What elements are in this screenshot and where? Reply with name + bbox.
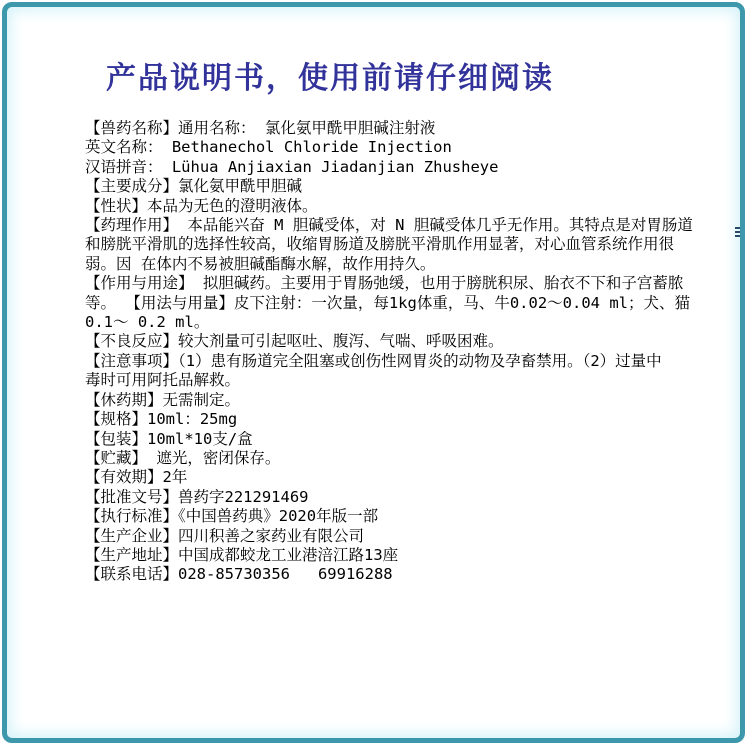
- line-pinyin-name: 汉语拼音： Lühua Anjiaxian Jiadanjian Zhushey…: [85, 158, 730, 177]
- page-title: 产品说明书，使用前请仔细阅读: [106, 53, 554, 97]
- line-pharmacology: 【药理作用】 本品能兴奋 M 胆碱受体，对 N 胆碱受体几乎无作用。其特点是对胃…: [85, 216, 730, 274]
- line-contact-phone: 【联系电话】028-85730356 69916288: [85, 565, 730, 584]
- line-withdrawal-period: 【休药期】无需制定。: [85, 391, 730, 410]
- line-storage: 【贮藏】 遮光，密闭保存。: [85, 449, 730, 468]
- line-adverse-reactions: 【不良反应】较大剂量可引起呕吐、腹泻、气喘、呼吸困难。: [85, 332, 730, 351]
- clipped-text-artifact: [735, 227, 740, 229]
- line-description: 【性状】本品为无色的澄明液体。: [85, 197, 730, 216]
- instruction-sheet: 产品说明书，使用前请仔细阅读 【兽药名称】通用名称： 氯化氨甲酰甲胆碱注射液 英…: [2, 2, 745, 743]
- line-packaging: 【包装】10ml*10支/盒: [85, 430, 730, 449]
- instruction-text-block: 【兽药名称】通用名称： 氯化氨甲酰甲胆碱注射液 英文名称： Bethanecho…: [85, 119, 730, 585]
- line-veterinary-drug-name: 【兽药名称】通用名称： 氯化氨甲酰甲胆碱注射液: [85, 119, 730, 138]
- line-english-name: 英文名称： Bethanechol Chloride Injection: [85, 138, 730, 157]
- line-validity-period: 【有效期】2年: [85, 468, 730, 487]
- line-approval-number: 【批准文号】兽药字221291469: [85, 488, 730, 507]
- line-main-ingredients: 【主要成分】氯化氨甲酰甲胆碱: [85, 177, 730, 196]
- line-execution-standard: 【执行标准】《中国兽药典》2020年版一部: [85, 507, 730, 526]
- line-indications-usage-dosage: 【作用与用途】 拟胆碱药。主要用于胃肠弛缓，也用于膀胱积尿、胎衣不下和子宫蓄脓 …: [85, 274, 730, 332]
- line-precautions: 【注意事项】（1）患有肠道完全阻塞或创伤性网胃炎的动物及孕畜禁用。（2）过量中 …: [85, 352, 730, 391]
- line-production-address: 【生产地址】中国成都蛟龙工业港涪江路13座: [85, 546, 730, 565]
- line-manufacturer: 【生产企业】四川积善之家药业有限公司: [85, 527, 730, 546]
- line-specification: 【规格】10ml：25mg: [85, 410, 730, 429]
